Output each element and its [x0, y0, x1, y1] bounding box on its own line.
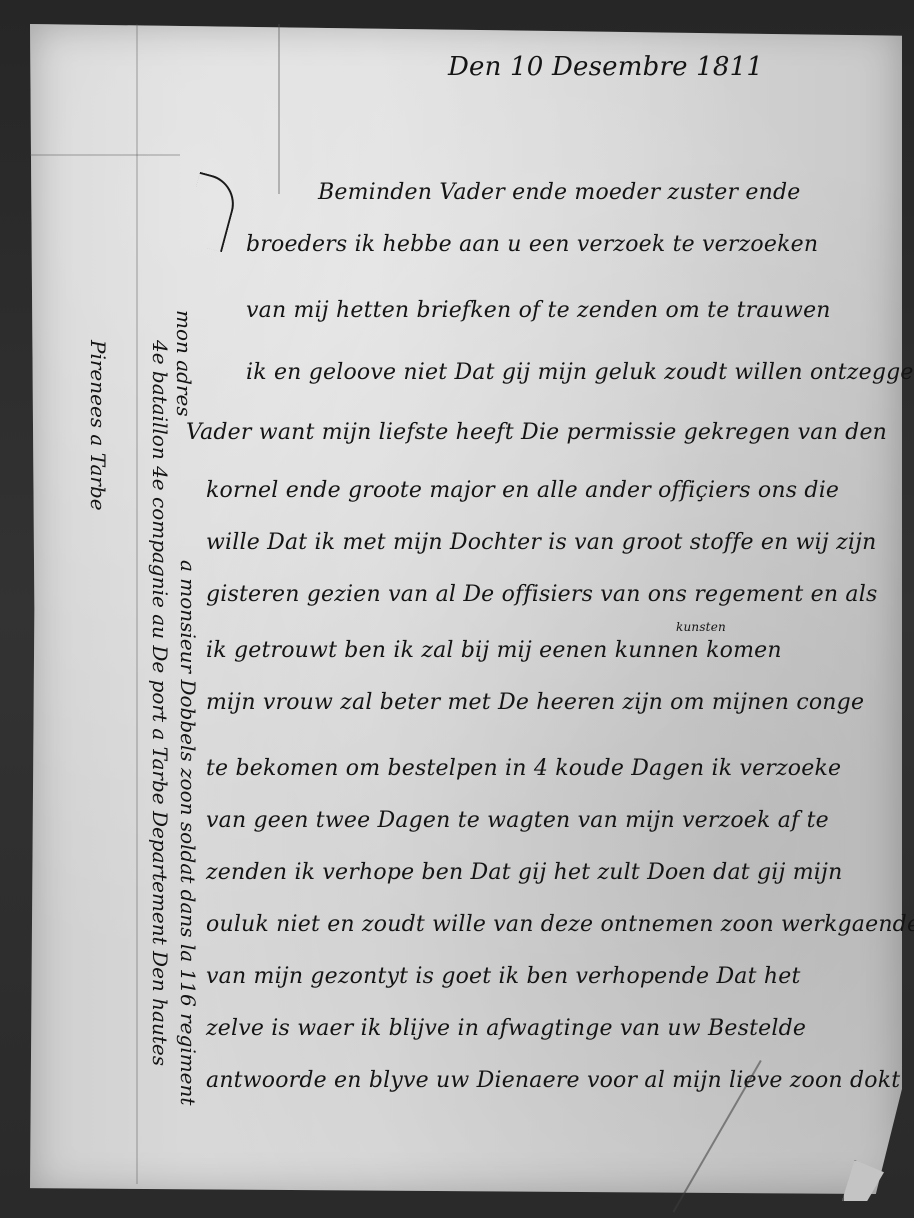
- letter-line: antwoorde en blyve uw Dienaere voor al m…: [206, 1068, 900, 1093]
- letter-line: van geen twee Dagen te wagten van mijn v…: [206, 808, 829, 833]
- letter-date: Den 10 Desembre 1811: [448, 52, 763, 82]
- interlinear-insert: kunsten: [676, 620, 726, 634]
- fold-crease: [30, 154, 180, 156]
- letter-line: gisteren gezien van al De offisiers van …: [206, 582, 877, 607]
- letter-line: te bekomen om bestelpen in 4 koude Dagen…: [206, 756, 841, 781]
- margin-address-line: 4e bataillon 4e compagnie au De port a T…: [148, 340, 172, 1066]
- letter-line: Beminden Vader ende moeder zuster ende: [318, 180, 800, 205]
- fold-crease: [278, 24, 280, 194]
- letter-line: Vader want mijn liefste heeft Die permis…: [186, 420, 887, 445]
- fold-crease: [136, 24, 138, 1184]
- letter-line: wille Dat ik met mijn Dochter is van gro…: [206, 530, 877, 555]
- letter-line: van mijn gezontyt is goet ik ben verhope…: [206, 964, 801, 989]
- letter-line: broeders ik hebbe aan u een verzoek te v…: [246, 232, 818, 257]
- margin-address-line: a monsieur Dobbels zoon soldat dans la 1…: [176, 560, 200, 1105]
- letter-line: ik en geloove niet Dat gij mijn geluk zo…: [246, 360, 914, 385]
- margin-address-line: Pirenees a Tarbe: [86, 340, 110, 511]
- letter-line: ouluk niet en zoudt wille van deze ontne…: [206, 912, 914, 937]
- letter-line: zenden ik verhope ben Dat gij het zult D…: [206, 860, 842, 885]
- letter-line: van mij hetten briefken of te zenden om …: [246, 298, 831, 323]
- letter-line: ik getrouwt ben ik zal bij mij eenen kun…: [206, 638, 782, 663]
- letter-line: mijn vrouw zal beter met De heeren zijn …: [206, 690, 864, 715]
- margin-address-line: mon adres: [172, 310, 196, 417]
- letter-line: zelve is waer ik blijve in afwagtinge va…: [206, 1016, 806, 1041]
- letter-line: kornel ende groote major en alle ander o…: [206, 478, 839, 503]
